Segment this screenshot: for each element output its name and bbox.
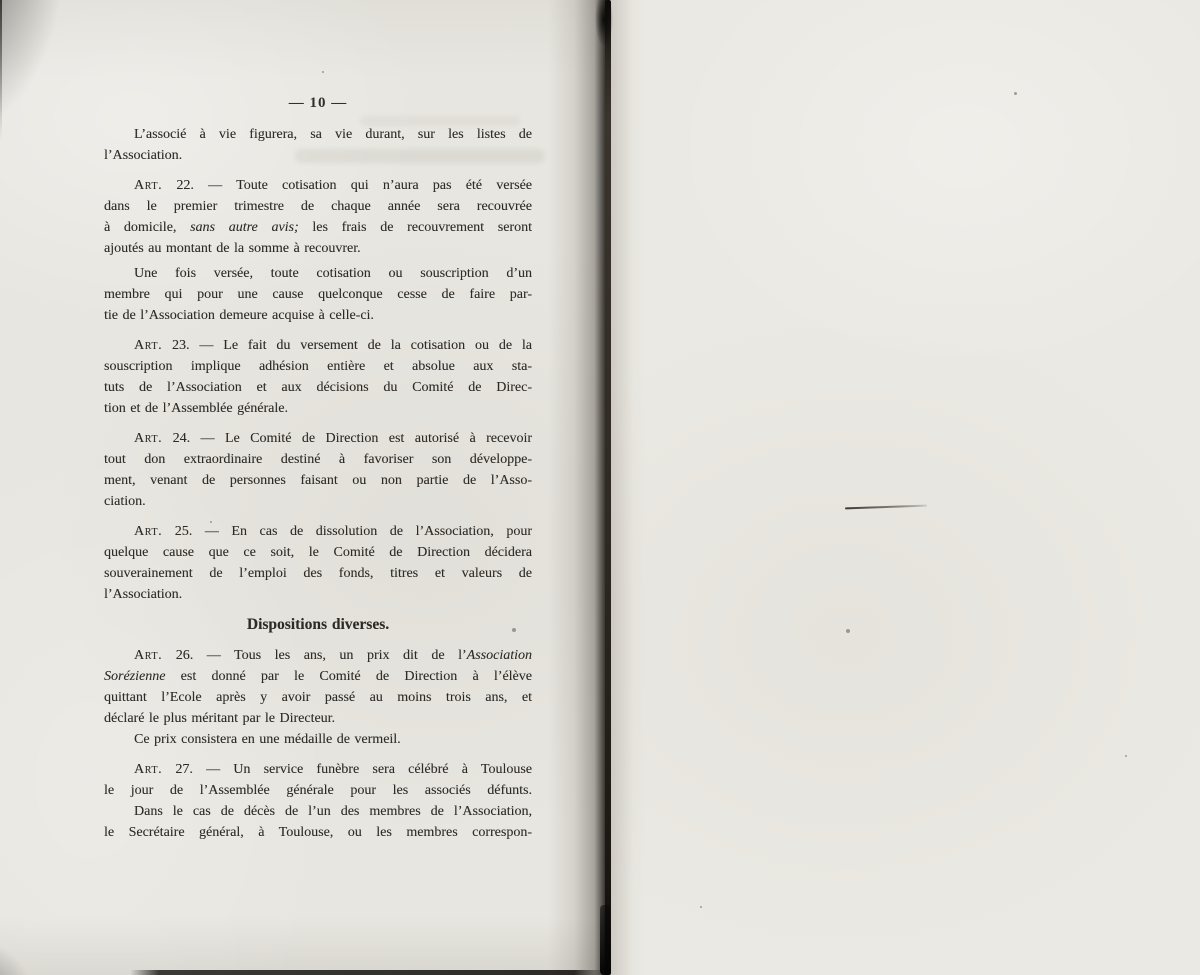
section-heading: Dispositions diverses. — [104, 614, 532, 635]
paragraph: Art. 26. — Tous les ans, un prix dit de … — [104, 645, 532, 729]
text-segment: tout don extraordinaire destiné à favori… — [104, 452, 532, 467]
text-segment: Ce prix consistera en une médaille de ve… — [134, 732, 401, 747]
text-line: le Secrétaire général, à Toulouse, ou le… — [104, 822, 532, 843]
ink-showthrough-smudge — [360, 116, 520, 126]
text-line: quittant l’Ecole après y avoir passé au … — [104, 687, 532, 708]
text-line: Art. 26. — Tous les ans, un prix dit de … — [104, 645, 532, 666]
text-line: ajoutés au montant de la somme à recouvr… — [104, 238, 532, 259]
text-line: souscription implique adhésion entière e… — [104, 356, 532, 377]
text-line: Art. 24. — Le Comité de Direction est au… — [104, 428, 532, 449]
paper-speck — [1014, 92, 1017, 95]
text-line: Sorézienne est donné par le Comité de Di… — [104, 666, 532, 687]
text-segment: 22. — Toute cotisation qui n’aura pas ét… — [162, 178, 532, 193]
text-line: Art. 27. — Un service funèbre sera céléb… — [104, 759, 532, 780]
text-line: Ce prix consistera en une médaille de ve… — [104, 729, 532, 750]
paper-speck — [846, 629, 850, 633]
text-line: Art. 23. — Le fait du versement de la co… — [104, 335, 532, 356]
text-segment: souscription implique adhésion entière e… — [104, 359, 532, 374]
text-segment: est donné par le Comité de Direction à l… — [165, 669, 532, 684]
paper-speck — [1125, 755, 1127, 757]
text-segment: Art. — [134, 524, 162, 539]
text-segment: sans autre avis; — [190, 220, 299, 235]
text-segment: tie de l’Association demeure acquise à c… — [104, 308, 374, 323]
text-line: tout don extraordinaire destiné à favori… — [104, 449, 532, 470]
text-segment: ciation. — [104, 494, 146, 509]
text-segment: ment, venant de personnes faisant ou non… — [104, 473, 532, 488]
text-segment: dans le premier trimestre de chaque anné… — [104, 199, 532, 214]
text-segment: membre qui pour une cause quelconque ces… — [104, 287, 532, 302]
text-segment: Art. — [134, 648, 162, 663]
gutter-shadow — [548, 0, 606, 975]
text-line: à domicile, sans autre avis; les frais d… — [104, 217, 532, 238]
text-segment: quittant l’Ecole après y avoir passé au … — [104, 690, 532, 705]
corner-shade-bottom-left — [0, 900, 60, 975]
text-segment: le jour de l’Assemblée générale pour les… — [104, 783, 532, 798]
text-segment: Dispositions diverses. — [247, 616, 389, 633]
page-left: — 10 — L’associé à vie figurera, sa vie … — [0, 0, 608, 975]
text-line: ciation. — [104, 491, 532, 512]
gutter-right-shadow — [611, 0, 633, 975]
text-segment: tion et de l’Assemblée générale. — [104, 401, 288, 416]
scanned-document-spread: — 10 — L’associé à vie figurera, sa vie … — [0, 0, 1200, 975]
text-line: déclaré le plus méritant par le Directeu… — [104, 708, 532, 729]
text-segment: déclaré le plus méritant par le Directeu… — [104, 711, 335, 726]
page-body-left: L’associé à vie figurera, sa vie durant,… — [104, 124, 532, 852]
text-line: tion et de l’Assemblée générale. — [104, 398, 532, 419]
text-segment: 27. — Un service funèbre sera célébré à … — [162, 762, 532, 777]
text-segment: l’Association. — [104, 587, 182, 602]
paragraph: Art. 27. — Un service funèbre sera céléb… — [104, 759, 532, 801]
paper-speck — [322, 71, 324, 73]
text-segment: quelque cause que ce soit, le Comité de … — [104, 545, 532, 560]
text-segment: Sorézienne — [104, 669, 165, 684]
text-segment: tuts de l’Association et aux décisions d… — [104, 380, 532, 395]
text-line: le jour de l’Assemblée générale pour les… — [104, 780, 532, 801]
paragraph: Dans le cas de décès de l’un des membres… — [104, 801, 532, 843]
paper-speck — [512, 628, 516, 632]
text-segment: L’associé à vie figurera, sa vie durant,… — [134, 127, 532, 142]
ink-showthrough-smudge — [295, 149, 545, 163]
paragraph: Art. 23. — Le fait du versement de la co… — [104, 335, 532, 419]
text-segment: 23. — Le fait du versement de la cotisat… — [162, 338, 532, 353]
gutter-bottom-shadow — [600, 905, 610, 975]
text-line: Art. 25. — En cas de dissolution de l’As… — [104, 521, 532, 542]
text-line: quelque cause que ce soit, le Comité de … — [104, 542, 532, 563]
text-segment: souverainement de l’emploi des fonds, ti… — [104, 566, 532, 581]
text-segment: 26. — Tous les ans, un prix dit de l’ — [162, 648, 466, 663]
text-segment: Art. — [134, 762, 162, 777]
text-line: Dans le cas de décès de l’un des membres… — [104, 801, 532, 822]
page-right: — 11 — dants dans les départements, dès … — [611, 0, 1200, 975]
text-line: ment, venant de personnes faisant ou non… — [104, 470, 532, 491]
text-line: tuts de l’Association et aux décisions d… — [104, 377, 532, 398]
text-line: Dispositions diverses. — [104, 614, 532, 635]
text-segment: Association — [467, 648, 532, 663]
text-line: tie de l’Association demeure acquise à c… — [104, 305, 532, 326]
text-line: Art. 22. — Toute cotisation qui n’aura p… — [104, 175, 532, 196]
page-number-left: — 10 — — [104, 95, 532, 112]
paragraph: Une fois versée, toute cotisation ou sou… — [104, 263, 532, 326]
text-line: Une fois versée, toute cotisation ou sou… — [104, 263, 532, 284]
text-segment: Dans le cas de décès de l’un des membres… — [134, 804, 532, 819]
paragraph: Ce prix consistera en une médaille de ve… — [104, 729, 532, 750]
paper-speck — [700, 906, 702, 908]
text-segment: Art. — [134, 431, 162, 446]
text-segment: Art. — [134, 338, 162, 353]
text-line: L’associé à vie figurera, sa vie durant,… — [104, 124, 532, 145]
text-segment: Une fois versée, toute cotisation ou sou… — [134, 266, 532, 281]
bottom-edge-mark — [130, 970, 608, 975]
text-line: souverainement de l’emploi des fonds, ti… — [104, 563, 532, 584]
paragraph: Art. 25. — En cas de dissolution de l’As… — [104, 521, 532, 605]
text-segment: les frais de recouvrement seront — [299, 220, 532, 235]
text-line: dans le premier trimestre de chaque anné… — [104, 196, 532, 217]
text-segment: à domicile, — [104, 220, 190, 235]
text-segment: le Secrétaire général, à Toulouse, ou le… — [104, 825, 532, 840]
left-edge-mark — [0, 0, 2, 140]
text-segment: 24. — Le Comité de Direction est autoris… — [162, 431, 532, 446]
text-segment: Art. — [134, 178, 162, 193]
text-line: membre qui pour une cause quelconque ces… — [104, 284, 532, 305]
text-segment: 25. — En cas de dissolution de l’Associa… — [162, 524, 532, 539]
paper-speck — [210, 521, 212, 523]
text-line: l’Association. — [104, 584, 532, 605]
paragraph: Art. 22. — Toute cotisation qui n’aura p… — [104, 175, 532, 259]
paragraph: Art. 24. — Le Comité de Direction est au… — [104, 428, 532, 512]
text-segment: ajoutés au montant de la somme à recouvr… — [104, 241, 361, 256]
text-segment: l’Association. — [104, 148, 182, 163]
